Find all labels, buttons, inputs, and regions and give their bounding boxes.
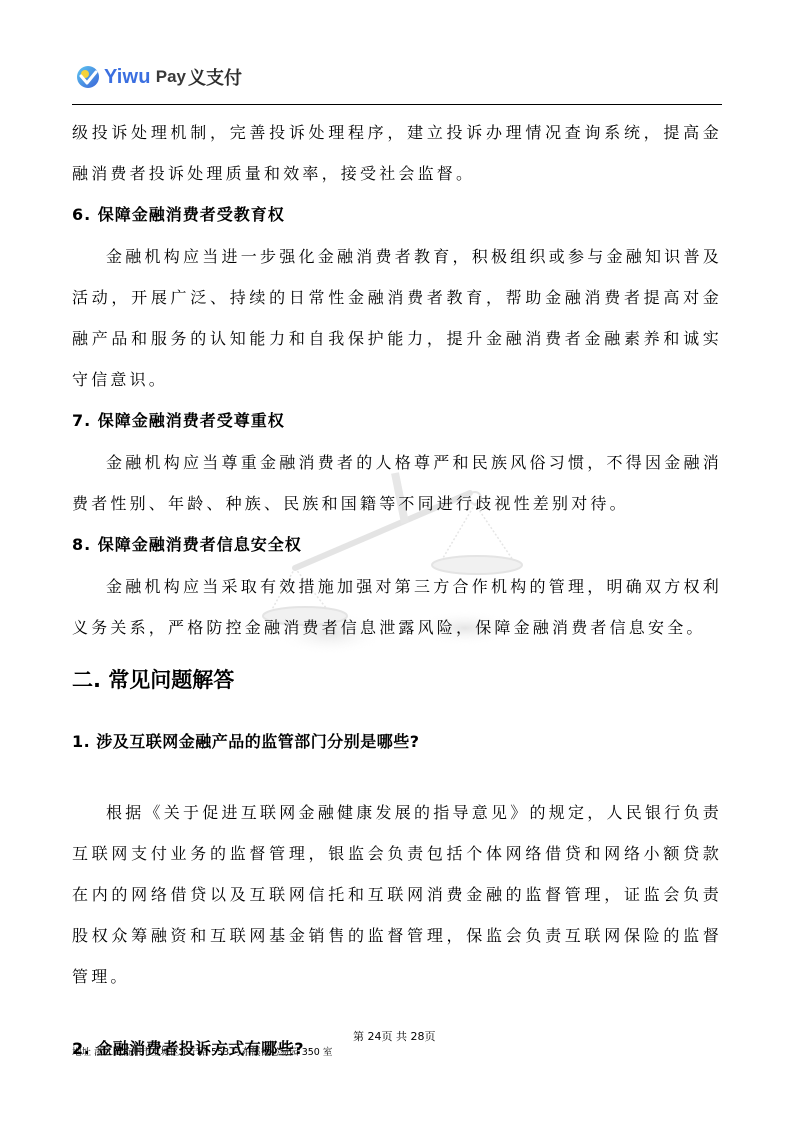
header-divider <box>72 104 722 105</box>
logo-chinese: 义支付 <box>188 64 242 90</box>
logo-pay: Pay <box>156 67 186 87</box>
page-indicator: 第 24页 共 28页 <box>353 1028 435 1044</box>
logo-wordmark: Yiwu <box>104 66 151 89</box>
section-heading-8: 8. 保障金融消费者信息安全权 <box>72 524 722 566</box>
section-heading-7: 7. 保障金融消费者受尊重权 <box>72 400 722 442</box>
faq-question-1: 1. 涉及互联网金融产品的监管部门分别是哪些? <box>72 722 722 762</box>
section-body-8: 金融机构应当采取有效措施加强对第三方合作机构的管理，明确双方权利义务关系，严格防… <box>72 566 722 648</box>
section-body-6: 金融机构应当进一步强化金融消费者教育，积极组织或参与金融知识普及活动，开展广泛、… <box>72 236 722 400</box>
document-body: 级投诉处理机制，完善投诉处理程序，建立投诉办理情况查询系统，提高金融消费者投诉处… <box>72 112 722 1069</box>
page-header: Yiwu Pay 义支付 <box>76 62 242 92</box>
yiwupay-logo-icon <box>76 65 100 89</box>
continuation-paragraph: 级投诉处理机制，完善投诉处理程序，建立投诉办理情况查询系统，提高金融消费者投诉处… <box>72 112 722 194</box>
section-heading-6: 6. 保障金融消费者受教育权 <box>72 194 722 236</box>
section-body-7: 金融机构应当尊重金融消费者的人格尊严和民族风俗习惯，不得因金融消费者性别、年龄、… <box>72 442 722 524</box>
footer-address: 地址 浙江省杭州市上城区东宁路 553 号东溪德必易园 350 室 <box>72 1044 332 1058</box>
faq-answer-1: 根据《关于促进互联网金融健康发展的指导意见》的规定，人民银行负责互联网支付业务的… <box>72 792 722 997</box>
chapter-title: 二. 常见问题解答 <box>72 660 722 700</box>
